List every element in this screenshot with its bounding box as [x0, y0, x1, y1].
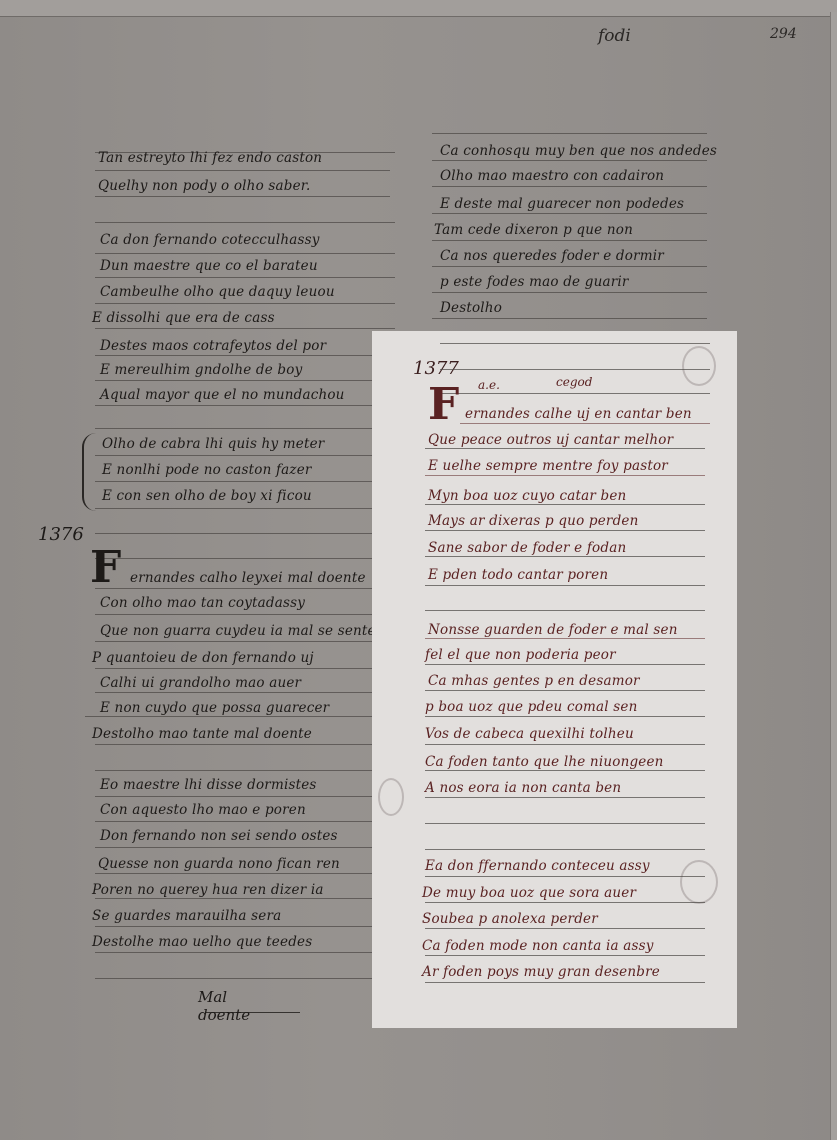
verse-line: ernandes calho leyxei mal doente	[130, 570, 366, 586]
verse-line: Quesse non guarda nono fican ren	[98, 856, 340, 872]
verse-line: E nonlhi pode no caston fazer	[102, 462, 312, 478]
verse-line: Nonsse guarden de foder e mal sen	[428, 622, 678, 638]
decorated-initial: F	[90, 546, 121, 590]
verse-line: Calhi ui grandolho mao auer	[100, 675, 301, 691]
verse-line: Se guardes marauilha sera	[92, 908, 281, 924]
verse-line: Ca foden mode non canta ia assy	[422, 938, 654, 954]
catchword: Mal doente	[198, 988, 250, 1024]
verse-line: Cambeulhe olho que daquy leuou	[100, 284, 335, 300]
year-annotation: 1376	[38, 524, 84, 545]
verse-line: Don fernando non sei sendo ostes	[100, 828, 338, 844]
page-right-edge	[830, 12, 837, 1140]
verse-line: Dun maestre que co el barateu	[100, 258, 318, 274]
verse-line: Eo maestre lhi disse dormistes	[100, 777, 317, 793]
verse-line: Ca conhosqu muy ben que nos andedes	[440, 143, 717, 159]
verse-line: E non cuydo que possa guarecer	[100, 700, 329, 716]
verse-line: E uelhe sempre mentre foy pastor	[428, 458, 668, 474]
marginal-note: a.e.	[478, 378, 500, 392]
verse-line: Soubea p anolexa perder	[422, 911, 598, 927]
verse-line: E con sen olho de boy xi ficou	[102, 488, 312, 504]
verse-line: Quelhy non pody o olho saber.	[98, 178, 310, 194]
verse-line: Destes maos cotrafeytos del por	[100, 338, 326, 354]
verse-line: ernandes calhe uj en cantar ben	[465, 406, 692, 422]
verse-line: E mereulhim gndolhe de boy	[100, 362, 302, 378]
verse-line: Ar foden poys muy gran desenbre	[422, 964, 660, 980]
page-top-edge	[0, 0, 837, 17]
verse-line: E deste mal guarecer non podedes	[440, 196, 684, 212]
verse-line: P quantoieu de don fernando uj	[92, 650, 314, 666]
verse-line: Myn boa uoz cuyo catar ben	[428, 488, 626, 504]
verse-line: Mays ar dixeras p quo perden	[428, 513, 639, 529]
verse-line: Ca mhas gentes p en desamor	[428, 673, 640, 689]
verse-line: Destolhe mao uelho que teedes	[92, 934, 312, 950]
verse-line: Tam cede dixeron p que non	[434, 222, 633, 238]
verse-line: Olho mao maestro con cadairon	[440, 168, 664, 184]
verse-line: Destolho	[440, 300, 502, 316]
verse-line: A nos eora ia non canta ben	[425, 780, 621, 796]
verse-line: Ca foden tanto que lhe niuongeen	[425, 754, 664, 770]
verse-line: Que non guarra cuydeu ia mal se sente	[100, 623, 376, 639]
folio-number: 294	[770, 26, 797, 42]
manuscript-page: fodi 294 Tan estreyto lhi fez endo casto…	[0, 0, 837, 1140]
verse-line: Poren no querey hua ren dizer ia	[92, 882, 324, 898]
verse-line: Aqual mayor que el no mundachou	[100, 387, 345, 403]
marginal-note: cegod	[556, 375, 592, 389]
verse-line: Ca nos queredes foder e dormir	[440, 248, 664, 264]
verse-line: Que peace outros uj cantar melhor	[428, 432, 673, 448]
verse-line: Olho de cabra lhi quis hy meter	[102, 436, 324, 452]
verse-line: Ea don ffernando conteceu assy	[425, 858, 650, 874]
verse-line: fel el que non poderia peor	[425, 647, 616, 663]
verse-line: p boa uoz que pdeu comal sen	[425, 699, 638, 715]
verse-line: E dissolhi que era de cass	[92, 310, 275, 326]
verse-line: p este fodes mao de guarir	[440, 274, 629, 290]
verse-line: Con olho mao tan coytadassy	[100, 595, 305, 611]
verse-line: Vos de cabeca quexilhi tolheu	[425, 726, 634, 742]
verse-line: Con aquesto lho mao e poren	[100, 802, 306, 818]
verse-line: Sane sabor de foder e fodan	[428, 540, 626, 556]
margin-bracket	[82, 433, 96, 511]
verse-line: Tan estreyto lhi fez endo caston	[98, 150, 322, 166]
verse-line: Destolho mao tante mal doente	[92, 726, 312, 742]
decorated-initial: F	[428, 383, 459, 427]
header-annotation: fodi	[598, 26, 631, 46]
verse-line: Ca don fernando cotecculhassy	[100, 232, 320, 248]
verse-line: E pden todo cantar poren	[428, 567, 608, 583]
verse-line: De muy boa uoz que sora auer	[422, 885, 636, 901]
